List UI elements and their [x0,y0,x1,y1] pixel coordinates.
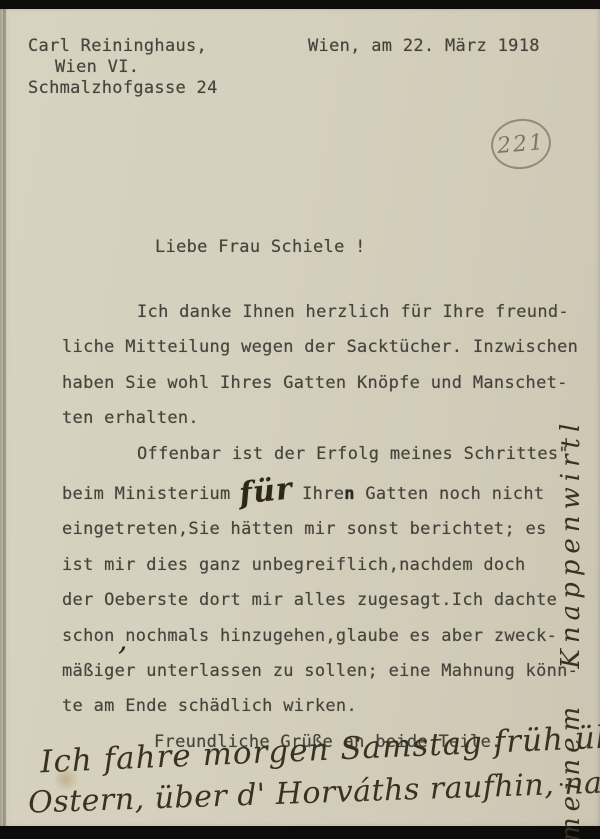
dateline: Wien, am 22. März 1918 [308,36,540,56]
scan-border-bottom [0,826,600,839]
body-line-pre: beim Ministerium [62,484,231,504]
body-line: haben Sie wohl Ihres Gatten Knöpfe und M… [62,366,592,401]
body-line-post: Ihre [302,484,344,504]
body-line-with-insertion: beim MinisteriumfürIhren Gatten noch nic… [62,472,592,512]
handwritten-insertion-fur: für [237,471,294,512]
paper-edge-shadow [3,9,6,826]
body-line: schon nochmals hinzugehen,glaube es aber… [62,619,592,654]
body-line: eingetreten,Sie hätten mir sonst bericht… [62,512,592,547]
letter-paper: Carl Reininghaus, Wien VI. Schmalzhofgas… [0,9,600,826]
overtyped-letter: n [344,484,355,504]
salutation: Liebe Frau Schiele ! [155,237,366,257]
archive-number: 221 [496,129,546,158]
body-line: liche Mitteilung wegen der Sacktücher. I… [62,330,592,365]
sender-name: Carl Reininghaus, [28,36,218,57]
body-line: ist mir dies ganz unbegreiflich,nachdem … [62,548,592,583]
body-line: mäßiger unterlassen zu sollen; eine Mahn… [62,654,592,689]
sender-address: Carl Reininghaus, Wien VI. Schmalzhofgas… [28,36,218,99]
handwritten-margin-note: meinem Knappenwirtl [556,392,598,839]
body-line: Ich danke Ihnen herzlich für Ihre freund… [62,295,592,330]
body-line-post: Gatten noch nicht [355,484,545,504]
body-line: ten erhalten. [62,401,592,436]
body-line: Offenbar ist der Erfolg meines Schrittes… [62,437,592,472]
archive-number-stamp: 221 [488,115,554,173]
scanned-letter-page: Carl Reininghaus, Wien VI. Schmalzhofgas… [0,0,600,839]
body-line: der Oeberste dort mir alles zugesagt.Ich… [62,583,592,618]
sender-street: Schmalzhofgasse 24 [28,78,218,99]
sender-city: Wien VI. [28,57,218,78]
letter-body: Ich danke Ihnen herzlich für Ihre freund… [62,295,592,760]
body-line: te am Ende schädlich wirken. [62,689,592,724]
scan-border-top [0,0,600,9]
handwritten-comma: , [118,623,128,658]
